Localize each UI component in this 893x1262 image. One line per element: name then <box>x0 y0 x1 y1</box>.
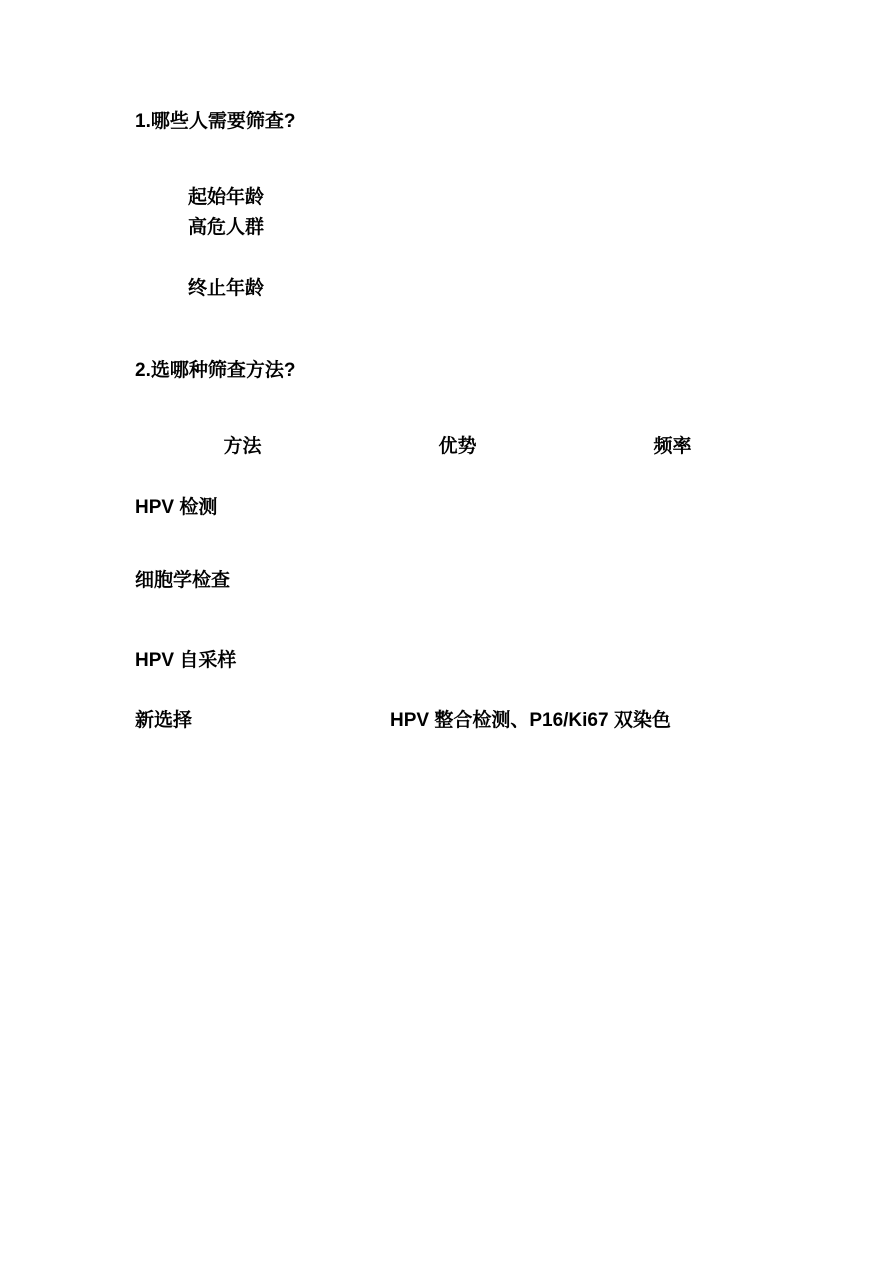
table-row: 细胞学检查 <box>135 568 230 593</box>
document-page: 1.哪些人需要筛查? 起始年龄 高危人群 终止年龄 2.选哪种筛查方法? 方法 … <box>0 0 893 1262</box>
section-1-heading: 1.哪些人需要筛查? <box>135 109 295 134</box>
list-item-high-risk-group: 高危人群 <box>188 215 264 240</box>
table-column-header-method: 方法 <box>135 434 350 459</box>
table-row: HPV 检测 <box>135 495 217 520</box>
table-cell-advantage: HPV 整合检测、P16/Ki67 双染色 <box>390 708 671 733</box>
table-cell-method: 新选择 <box>135 708 192 733</box>
table-column-header-advantage: 优势 <box>350 434 565 459</box>
table-column-header-frequency: 频率 <box>565 434 780 459</box>
list-item-end-age: 终止年龄 <box>188 276 264 301</box>
table-cell-method: 细胞学检查 <box>135 570 230 591</box>
table-cell-method: HPV 自采样 <box>135 650 236 671</box>
table-header-row: 方法 优势 频率 <box>135 434 780 459</box>
list-item-start-age: 起始年龄 <box>188 185 264 210</box>
table-row: HPV 自采样 <box>135 648 236 673</box>
table-row: 新选择 HPV 整合检测、P16/Ki67 双染色 <box>135 708 780 733</box>
table-cell-method: HPV 检测 <box>135 497 217 518</box>
section-2-heading: 2.选哪种筛查方法? <box>135 358 295 383</box>
